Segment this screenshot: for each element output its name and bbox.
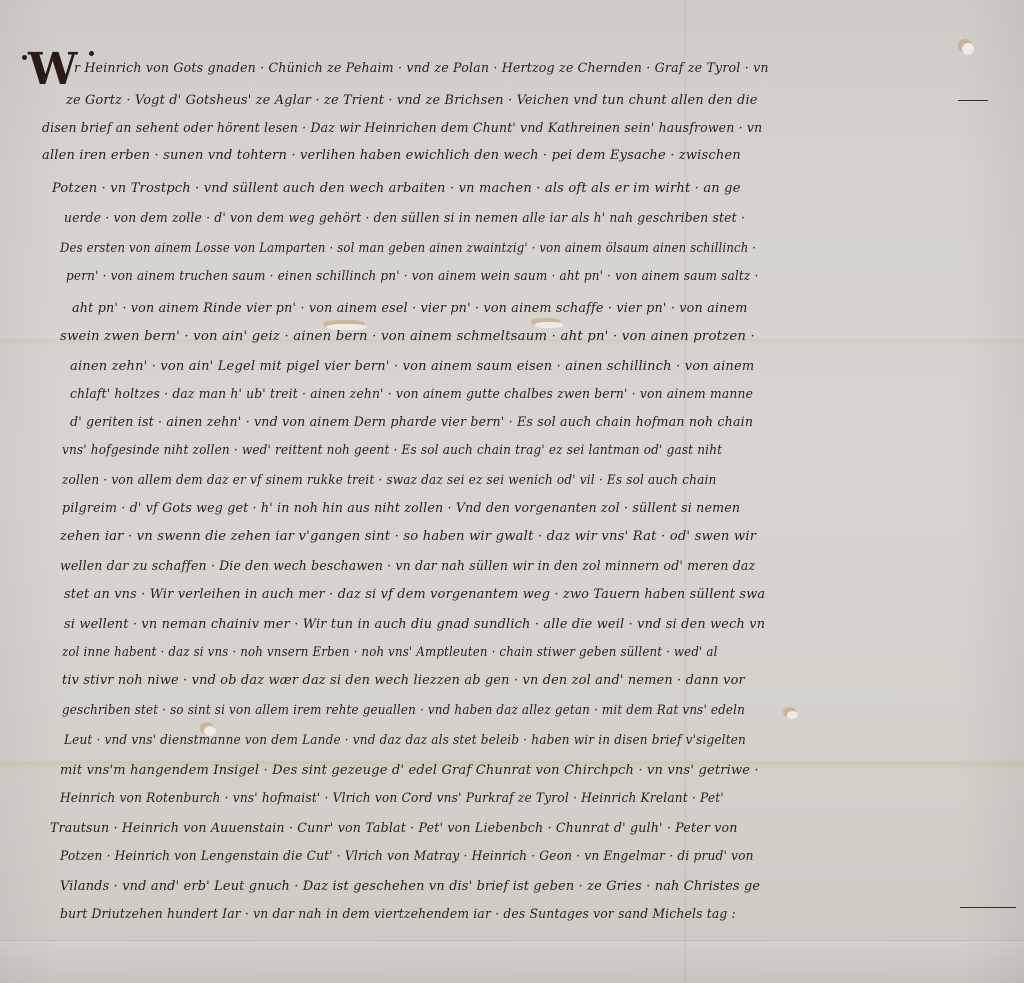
text-line: zol inne habent · daz si vns · noh vnser… [62, 644, 718, 662]
text-line: Vilands · vnd and' erb' Leut gnuch · Daz… [60, 878, 760, 896]
line-filler-stroke [960, 907, 1016, 908]
text-line: aht pn' · von ainem Rinde vier pn' · von… [72, 300, 748, 318]
text-line: burt Driutzehen hundert Iar · vn dar nah… [60, 906, 736, 924]
text-line: allen iren erben · sunen vnd tohtern · v… [42, 147, 741, 165]
text-line: swein zwen bern' · von ain' geiz · ainen… [60, 328, 755, 346]
text-line: ainen zehn' · von ain' Legel mit pigel v… [70, 358, 754, 376]
text-line: tiv stivr noh niwe · vnd ob daz wær daz … [62, 672, 745, 690]
text-line: wellen dar zu schaffen · Die den wech be… [60, 558, 755, 576]
text-line: r Heinrich von Gots gnaden · Chünich ze … [74, 60, 769, 78]
text-line: zehen iar · vn swenn die zehen iar v'gan… [60, 528, 756, 546]
text-line: pilgreim · d' vf Gots weg get · h' in no… [62, 500, 740, 518]
text-line: geschriben stet · so sint si von allem i… [62, 702, 745, 720]
text-line: vns' hofgesinde niht zollen · wed' reitt… [62, 442, 722, 460]
text-line: Potzen · vn Trostpch · vnd süllent auch … [52, 180, 741, 198]
text-line: Potzen · Heinrich von Lengenstain die Cu… [60, 848, 754, 866]
text-line: disen brief an sehent oder hörent lesen … [42, 120, 762, 138]
text-line: zollen · von allem dem daz er vf sinem r… [62, 472, 716, 490]
text-line: Des ersten von ainem Losse von Lamparten… [60, 240, 756, 258]
line-filler-stroke [958, 100, 988, 101]
text-line: uerde · von dem zolle · d' von dem weg g… [64, 210, 745, 228]
text-line: mit vns'm hangendem Insigel · Des sint g… [60, 762, 759, 780]
text-line: Trautsun · Heinrich von Auuenstain · Cun… [50, 820, 738, 838]
text-line: pern' · von ainem truchen saum · einen s… [66, 268, 758, 286]
text-line: si wellent · vn neman chainiv mer · Wir … [64, 616, 765, 634]
text-line: chlaft' holtzes · daz man h' ub' treit ·… [70, 386, 753, 404]
charter-text: r Heinrich von Gots gnaden · Chünich ze … [0, 0, 1024, 983]
text-line: d' geriten ist · ainen zehn' · vnd von a… [70, 414, 753, 432]
text-line: stet an vns · Wir verleihen in auch mer … [64, 586, 765, 604]
text-line: Leut · vnd vns' dienstmanne von dem Land… [64, 732, 746, 750]
text-line: Heinrich von Rotenburch · vns' hofmaist'… [60, 790, 724, 808]
text-line: ze Gortz · Vogt d' Gotsheus' ze Aglar · … [66, 92, 758, 110]
